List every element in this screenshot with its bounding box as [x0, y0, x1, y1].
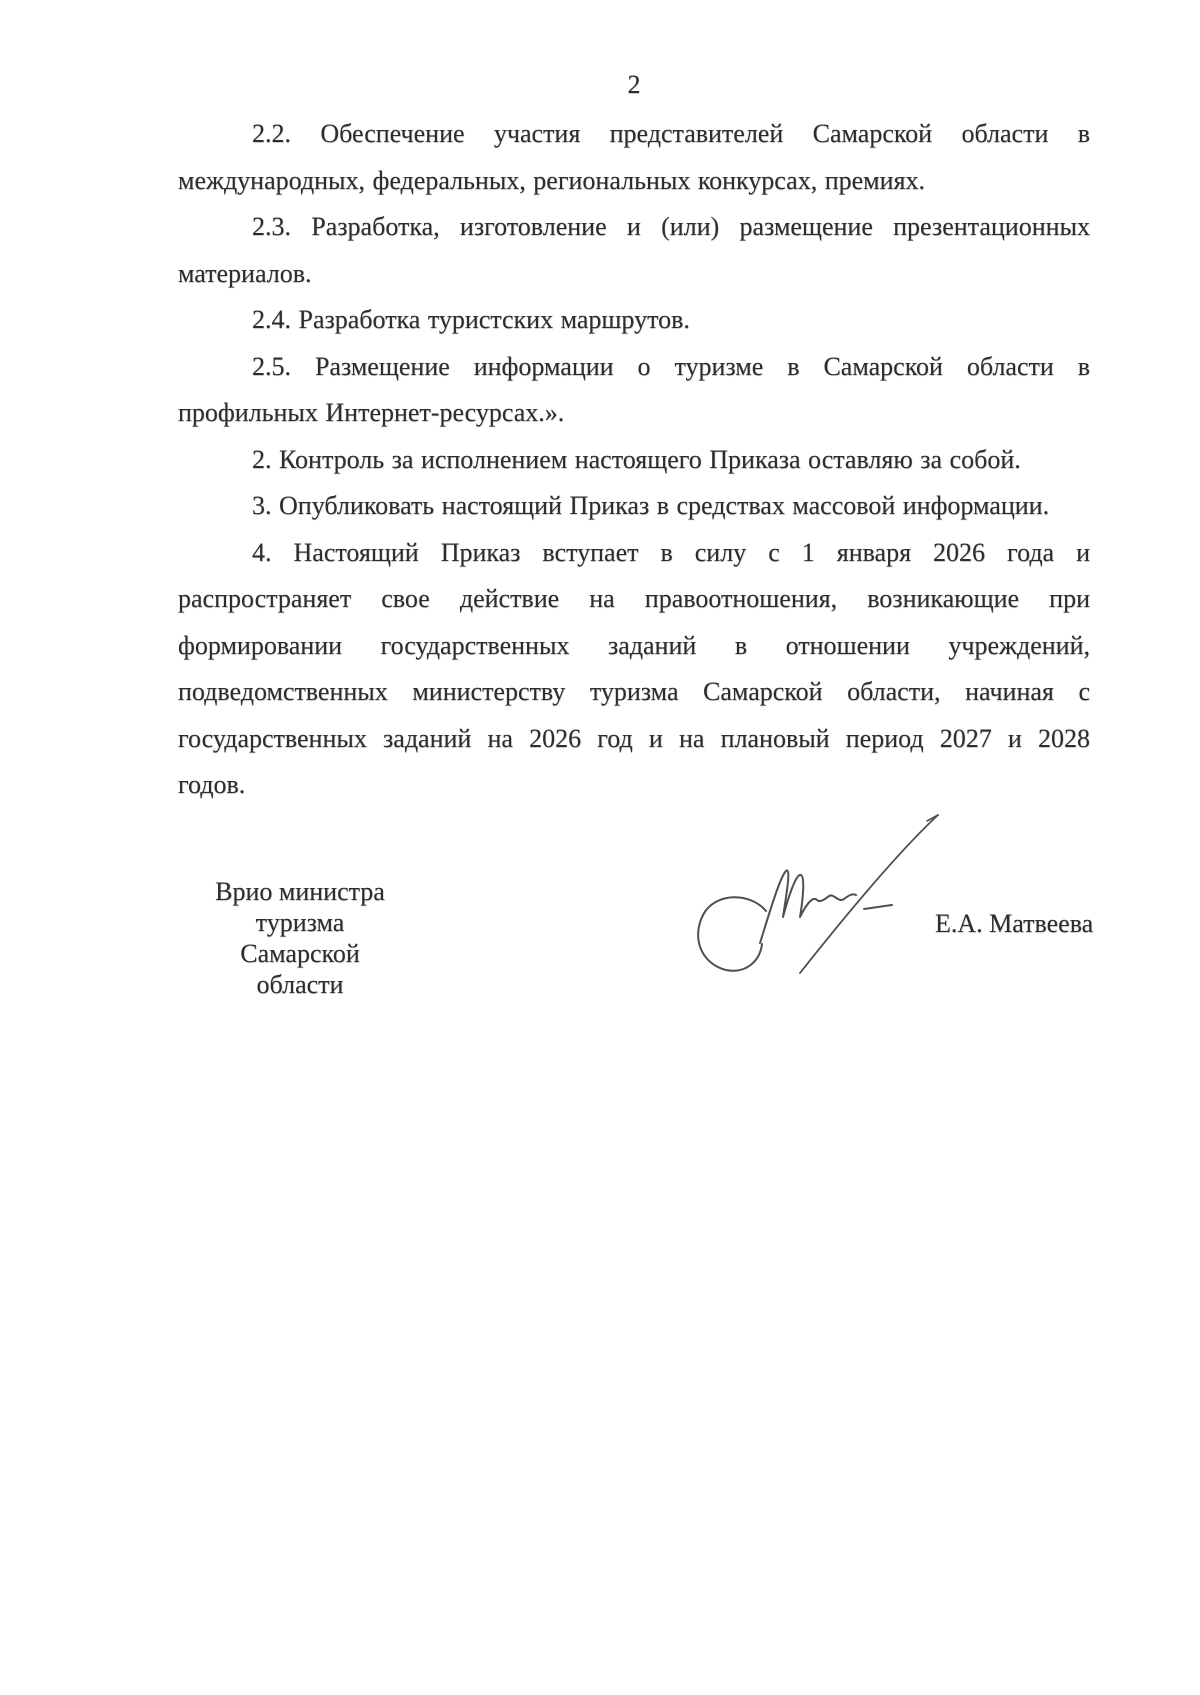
text-line: государственных заданий на 2026 год и на… [178, 716, 1090, 763]
signatory-title-line: Врио министра [180, 876, 420, 907]
text-line: 4. Настоящий Приказ вступает в силу с 1 … [178, 530, 1090, 577]
page-number: 2 [178, 70, 1090, 100]
text-line: распространяет свое действие на правоотн… [178, 576, 1090, 623]
signatory-title-line: Самарской [180, 938, 420, 969]
text-line: формировании государственных заданий в о… [178, 623, 1090, 670]
signatory-title: Врио министра туризма Самарской области [180, 876, 420, 1000]
text-line: 2. Контроль за исполнением настоящего Пр… [178, 437, 1090, 484]
text-line: 2.5. Размещение информации о туризме в С… [178, 344, 1090, 391]
document-body: 2.2. Обеспечение участия представителей … [178, 111, 1090, 809]
text-line: материалов. [178, 251, 1090, 298]
document-page: 2 2.2. Обеспечение участия представителе… [0, 0, 1200, 1695]
signatory-title-line: области [180, 969, 420, 1000]
text-line: 2.3. Разработка, изготовление и (или) ра… [178, 204, 1090, 251]
text-line: профильных Интернет-ресурсах.». [178, 390, 1090, 437]
text-line: 3. Опубликовать настоящий Приказ в средс… [178, 483, 1090, 530]
text-line: международных, федеральных, региональных… [178, 158, 1090, 205]
text-line: подведомственных министерству туризма Са… [178, 669, 1090, 716]
signatory-title-line: туризма [180, 907, 420, 938]
text-line: 2.2. Обеспечение участия представителей … [178, 111, 1090, 158]
signatory-name: Е.А. Матвеева [935, 908, 1093, 939]
handwritten-signature-icon [680, 793, 960, 993]
text-line: 2.4. Разработка туристских маршрутов. [178, 297, 1090, 344]
